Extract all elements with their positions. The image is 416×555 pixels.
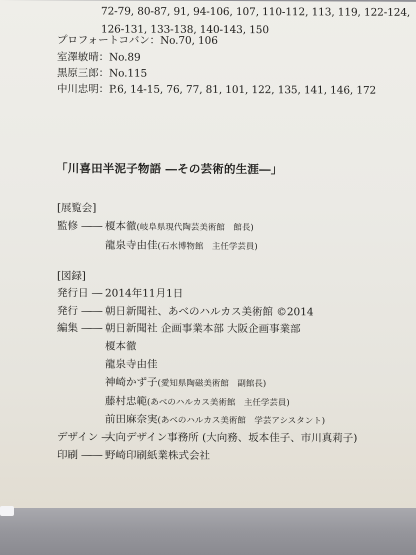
catalogue-title: 「川喜田半泥子物語 ―その芸術的生涯―」: [56, 161, 283, 176]
index-entry: 室澤敏晴：No.89: [57, 50, 141, 64]
index-entry-name: 室澤敏晴: [57, 50, 99, 64]
index-continued-line: 72-79, 80-87, 91, 94-106, 107, 110-112, …: [101, 4, 410, 19]
publisher-label: 発行 ――: [57, 303, 102, 318]
editor-affiliation: (あべのハルカス美術館 主任学芸員): [147, 398, 290, 409]
supervisor-name: 榎本徹: [105, 220, 137, 232]
editor-entry: 朝日新聞社 企画事業本部 大阪企画事業部: [105, 320, 301, 336]
editor-label: 編集 ――: [57, 320, 102, 335]
editor-affiliation: (あべのハルカス美術館 学芸アシスタント): [158, 416, 326, 427]
index-entry-value: No.89: [109, 50, 141, 64]
index-entry: 黒原三郎：No.115: [57, 66, 147, 80]
index-entry-name: プロフォートコバン: [57, 33, 150, 47]
index-entry-value: No.115: [109, 66, 147, 80]
editor-entry: 龍泉寺由佳: [105, 356, 158, 371]
index-entry: 中川忠明：P.6, 14-15, 76, 77, 81, 101, 122, 1…: [57, 82, 376, 97]
publication-date-label: 発行日 ―: [57, 285, 102, 300]
editor-name: 藤村忠範: [105, 395, 147, 407]
publisher: 朝日新聞社、あべのハルカス美術館 ©2014: [105, 303, 314, 319]
editor-entry: 藤村忠範(あべのハルカス美術館 主任学芸員): [105, 393, 290, 409]
editor-entry: 榎本徹: [105, 338, 137, 353]
index-entry-value: P.6, 14-15, 76, 77, 81, 101, 122, 135, 1…: [109, 82, 376, 97]
separator: ：: [99, 83, 109, 95]
table-surface: [0, 508, 416, 555]
index-entry-name: 黒原三郎: [57, 66, 99, 80]
editor-affiliation: (愛知県陶磁美術館 副館長): [158, 379, 267, 389]
catalogue-heading: [図録]: [57, 269, 86, 283]
index-entry-value: No.70, 106: [160, 34, 218, 48]
editor-entry: 神崎かず子(愛知県陶磁美術館 副館長): [105, 374, 266, 390]
index-entry-name: 中川忠明: [57, 82, 99, 96]
supervisor-affiliation: (石水博物館 主任学芸員): [158, 242, 258, 252]
supervision-label: 監修 ――: [57, 218, 102, 233]
index-entry: プロフォートコバン：No.70, 106: [57, 33, 218, 48]
printing-credit: 野崎印刷紙業株式会社: [105, 447, 210, 462]
design-credit: 大向デザイン事務所 (大向務、坂本佳子、市川真莉子): [105, 429, 357, 445]
supervisor-affiliation: (岐阜県現代陶芸美術館 館長): [137, 223, 254, 234]
exhibition-heading: [展覧会]: [57, 201, 96, 215]
separator: ：: [150, 35, 160, 47]
supervisor-entry: 龍泉寺由佳(石水博物館 主任学芸員): [105, 237, 258, 253]
design-label: デザイン ―: [57, 429, 112, 444]
editor-entry: 前田麻奈実(あべのハルカス美術館 学芸アシスタント): [105, 411, 325, 427]
publication-date: 2014年11月1日: [105, 285, 183, 300]
light-glare: [0, 506, 14, 516]
editor-name: 神崎かず子: [105, 376, 158, 388]
book-page: 72-79, 80-87, 91, 94-106, 107, 110-112, …: [0, 0, 416, 510]
editor-name: 龍泉寺由佳: [105, 358, 158, 370]
printing-label: 印刷 ――: [57, 447, 102, 462]
supervisor-name: 龍泉寺由佳: [105, 239, 158, 251]
editor-name: 前田麻奈実: [105, 413, 158, 425]
supervisor-entry: 榎本徹(岐阜県現代陶芸美術館 館長): [105, 218, 254, 234]
editor-name: 榎本徹: [105, 340, 137, 352]
separator: ：: [99, 67, 109, 79]
editor-name: 朝日新聞社 企画事業本部 大阪企画事業部: [105, 322, 301, 335]
separator: ：: [99, 51, 109, 63]
